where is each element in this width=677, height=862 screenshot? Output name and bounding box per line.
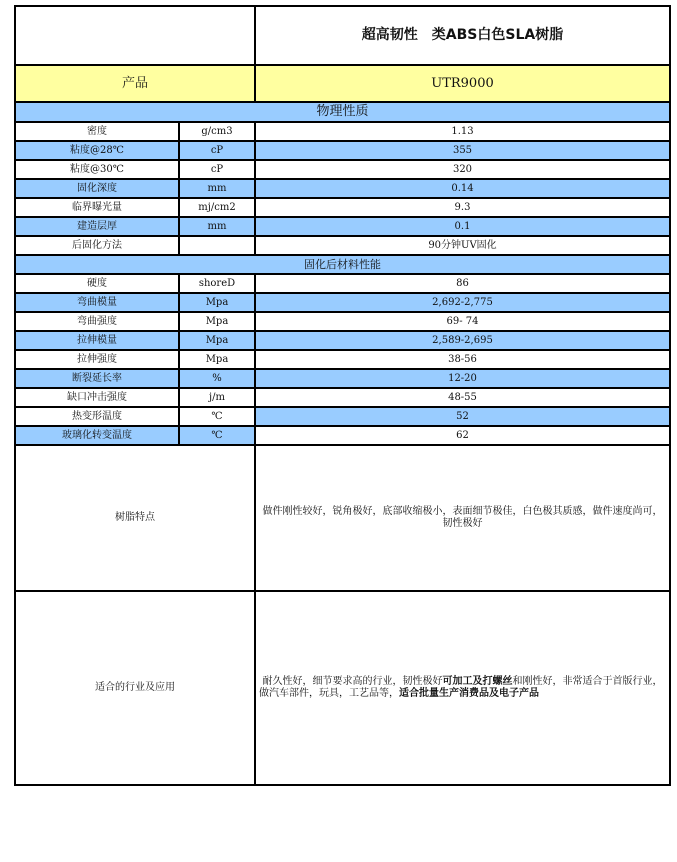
table-row: 后固化方法 90分钟UV固化 xyxy=(15,236,670,255)
resin-spec-table: 超高韧性 类ABS白色SLA树脂 产品 UTR9000 物理性质 密度 g/cm… xyxy=(14,5,671,786)
property-unit: ℃ xyxy=(179,407,255,426)
property-label: 硬度 xyxy=(15,274,179,293)
title-empty-cell xyxy=(15,6,255,65)
property-unit: % xyxy=(179,369,255,388)
table-row: 建造层厚 mm 0.1 xyxy=(15,217,670,236)
resin-features-row: 树脂特点 做件刚性较好，锐角极好，底部收缩极小，表面细节极佳，白色极其质感，做件… xyxy=(15,445,670,591)
property-unit: g/cm3 xyxy=(179,122,255,141)
property-unit: cP xyxy=(179,160,255,179)
table-row: 粘度@28℃ cP 355 xyxy=(15,141,670,160)
table-row: 拉伸模量 Mpa 2,589-2,695 xyxy=(15,331,670,350)
property-value: 320 xyxy=(255,160,670,179)
property-unit: mj/cm2 xyxy=(179,198,255,217)
applications-highlight-machinable: 可加工及打螺丝 xyxy=(443,676,513,687)
property-label: 拉伸模量 xyxy=(15,331,179,350)
property-label: 粘度@28℃ xyxy=(15,141,179,160)
property-value: 2,692-2,775 xyxy=(255,293,670,312)
table-row: 弯曲强度 Mpa 69- 74 xyxy=(15,312,670,331)
property-label: 缺口冲击强度 xyxy=(15,388,179,407)
table-row: 固化深度 mm 0.14 xyxy=(15,179,670,198)
property-value: 90分钟UV固化 xyxy=(255,236,670,255)
property-value: 0.14 xyxy=(255,179,670,198)
property-value: 86 xyxy=(255,274,670,293)
property-label: 热变形温度 xyxy=(15,407,179,426)
property-value: 9.3 xyxy=(255,198,670,217)
property-unit: Mpa xyxy=(179,312,255,331)
section-header-cured: 固化后材料性能 xyxy=(15,255,670,274)
property-label: 固化深度 xyxy=(15,179,179,198)
property-value: 0.1 xyxy=(255,217,670,236)
section-title-physical: 物理性质 xyxy=(15,102,670,122)
applications-row: 适合的行业及应用 耐久性好，细节要求高的行业，韧性极好可加工及打螺丝和刚性好，非… xyxy=(15,591,670,785)
product-value: UTR9000 xyxy=(255,65,670,102)
section-header-physical: 物理性质 xyxy=(15,102,670,122)
product-label: 产品 xyxy=(15,65,255,102)
resin-features-text: 做件刚性较好，锐角极好，底部收缩极小，表面细节极佳，白色极其质感，做件速度尚可，… xyxy=(255,445,670,591)
property-value: 38-56 xyxy=(255,350,670,369)
property-label: 密度 xyxy=(15,122,179,141)
property-label: 建造层厚 xyxy=(15,217,179,236)
property-value: 69- 74 xyxy=(255,312,670,331)
table-row: 弯曲模量 Mpa 2,692-2,775 xyxy=(15,293,670,312)
property-label: 临界曝光量 xyxy=(15,198,179,217)
table-row: 热变形温度 ℃ 52 xyxy=(15,407,670,426)
table-row: 缺口冲击强度 j/m 48-55 xyxy=(15,388,670,407)
property-label: 后固化方法 xyxy=(15,236,179,255)
property-unit: mm xyxy=(179,179,255,198)
product-row: 产品 UTR9000 xyxy=(15,65,670,102)
property-label: 弯曲模量 xyxy=(15,293,179,312)
property-value: 62 xyxy=(255,426,670,445)
property-value: 48-55 xyxy=(255,388,670,407)
table-row: 粘度@30℃ cP 320 xyxy=(15,160,670,179)
table-row: 玻璃化转变温度 ℃ 62 xyxy=(15,426,670,445)
table-row: 拉伸强度 Mpa 38-56 xyxy=(15,350,670,369)
property-value: 355 xyxy=(255,141,670,160)
property-value: 52 xyxy=(255,407,670,426)
applications-label: 适合的行业及应用 xyxy=(15,591,255,785)
property-unit: Mpa xyxy=(179,293,255,312)
applications-text: 耐久性好，细节要求高的行业，韧性极好可加工及打螺丝和刚性好，非常适合于首版行业，… xyxy=(255,591,670,785)
property-unit: j/m xyxy=(179,388,255,407)
property-unit: shoreD xyxy=(179,274,255,293)
property-unit xyxy=(179,236,255,255)
table-row: 临界曝光量 mj/cm2 9.3 xyxy=(15,198,670,217)
table-row: 断裂延长率 % 12-20 xyxy=(15,369,670,388)
property-unit: ℃ xyxy=(179,426,255,445)
property-value: 2,589-2,695 xyxy=(255,331,670,350)
property-label: 玻璃化转变温度 xyxy=(15,426,179,445)
product-title: 超高韧性 类ABS白色SLA树脂 xyxy=(362,27,563,43)
section-title-cured: 固化后材料性能 xyxy=(15,255,670,274)
property-label: 拉伸强度 xyxy=(15,350,179,369)
applications-highlight-mass-production: 适合批量生产消费品及电子产品 xyxy=(399,688,539,699)
property-label: 粘度@30℃ xyxy=(15,160,179,179)
property-unit: cP xyxy=(179,141,255,160)
property-value: 1.13 xyxy=(255,122,670,141)
property-unit: Mpa xyxy=(179,331,255,350)
table-row: 密度 g/cm3 1.13 xyxy=(15,122,670,141)
property-label: 断裂延长率 xyxy=(15,369,179,388)
title-row: 超高韧性 类ABS白色SLA树脂 xyxy=(15,6,670,65)
property-unit: mm xyxy=(179,217,255,236)
property-value: 12-20 xyxy=(255,369,670,388)
table-row: 硬度 shoreD 86 xyxy=(15,274,670,293)
applications-text-part1: 耐久性好，细节要求高的行业，韧性极好 xyxy=(263,676,443,687)
property-unit: Mpa xyxy=(179,350,255,369)
title-cell: 超高韧性 类ABS白色SLA树脂 xyxy=(255,6,670,65)
property-label: 弯曲强度 xyxy=(15,312,179,331)
resin-features-label: 树脂特点 xyxy=(15,445,255,591)
